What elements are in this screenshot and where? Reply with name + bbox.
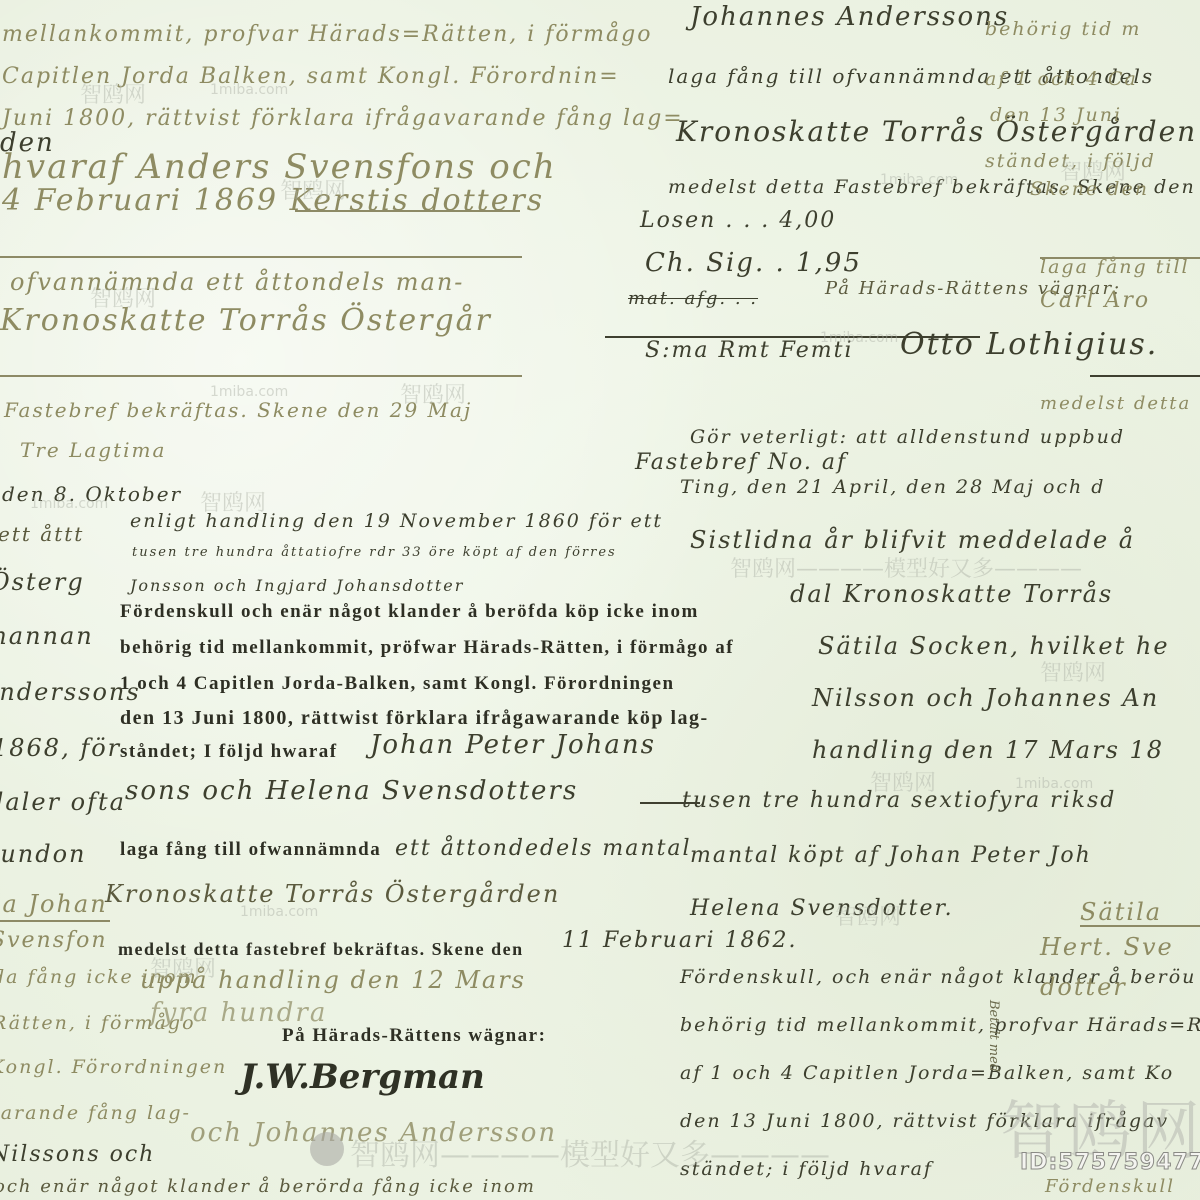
- text-line: Hert. Sve: [1040, 935, 1174, 959]
- handwritten-name: sons och Helena Svensdotters: [125, 778, 578, 804]
- text-line: Capitlen Jorda Balken, samt Kongl. Föror…: [2, 66, 620, 88]
- text-line: Johannes Anderssons: [690, 4, 1009, 30]
- divider: [0, 375, 522, 377]
- text-line: daler ofta: [0, 790, 126, 814]
- divider: [1080, 925, 1200, 927]
- text-line: Nilssons och: [0, 1144, 155, 1166]
- text-line: Helena Svensdotter.: [690, 898, 954, 920]
- text-line: Österg: [0, 570, 85, 594]
- text-line: tusen tre hundra sextiofyra riksd: [682, 790, 1116, 812]
- text-line: ständet; i följd hvaraf: [680, 1160, 933, 1179]
- text-line: 11 Februari 1862.: [562, 930, 797, 952]
- text-line: Svensfon: [0, 930, 108, 952]
- text-line: Carl Aro: [1040, 290, 1150, 312]
- text-line: Fastebref bekräftas. Skene den 29 Maj: [4, 400, 472, 420]
- text-line: af 1 och 4 Ca: [985, 70, 1138, 89]
- text-line: sundon: [0, 842, 87, 866]
- text-line: hvaraf Anders Svensfons och: [2, 150, 557, 184]
- text-line: mellankommit, profvar Härads=Rätten, i f…: [2, 24, 652, 46]
- text-line: Otto Lothigius.: [900, 330, 1158, 360]
- text-line: Sa Johan: [0, 892, 108, 916]
- text-line: Gör veterligt: att alldenstund uppbud: [690, 428, 1125, 447]
- text-line: uppå handling den 12 Mars: [140, 968, 526, 992]
- text-line: mantal köpt af Johan Peter Joh: [690, 845, 1092, 867]
- text-line: af 1 och 4 Capitlen Jorda=Balken, samt K…: [680, 1064, 1174, 1083]
- printed-line: behörig tid mellankommit, pröfwar Härads…: [120, 638, 734, 657]
- printed-line: den 13 Juni 1800, rättwist förklara ifrå…: [120, 708, 709, 728]
- text-line: ständet, i följd: [985, 152, 1156, 171]
- text-line: den 8. Oktober: [2, 484, 182, 504]
- watermark-site-name: 智鸥网: [1040, 656, 1106, 687]
- printed-line: ståndet; I följd hwaraf: [120, 742, 338, 761]
- text-line: Jonsson och Ingjard Johansdotter: [130, 578, 464, 594]
- printed-line: 1 och 4 Capitlen Jorda-Balken, samt Kong…: [120, 674, 675, 693]
- text-line: Sätila: [1080, 900, 1162, 924]
- text-line: den 13 Juni 1800, rättvist förklara ifrå…: [680, 1112, 1169, 1131]
- text-line: behörig tid m: [985, 20, 1141, 39]
- text-line: Ch. Sig. . 1,95: [645, 250, 862, 276]
- divider: [640, 802, 700, 804]
- text-line: laga fång till: [1040, 258, 1190, 277]
- signature: J.W.Bergman: [240, 1060, 485, 1094]
- text-line: medelst detta: [1040, 395, 1191, 413]
- document-collage: mellankommit, profvar Härads=Rätten, i f…: [0, 0, 1200, 1200]
- text-line: ett åttondedels mantal: [395, 838, 692, 860]
- text-line: behörig tid mellankommit, profvar Härads…: [680, 1016, 1200, 1035]
- divider: [1090, 375, 1200, 377]
- text-line: Anderssons: [0, 680, 141, 704]
- watermark-slogan: 智鸥网————模型好又多————: [730, 552, 1082, 583]
- divider: [0, 256, 522, 258]
- vertical-stamp: Betalt med: [986, 1000, 1001, 1072]
- text-line: da fång icke inom: [0, 968, 198, 987]
- text-line: tusen tre hundra åttatiofre rdr 33 öre k…: [132, 546, 617, 559]
- text-line: Kongl. Förordningen: [0, 1058, 227, 1077]
- printed-line: Fördenskull och enär något klander å ber…: [120, 602, 699, 621]
- text-line: den 13 Juni: [990, 106, 1122, 125]
- divider: [1040, 257, 1200, 259]
- text-line: Kronoskatte Torrås Östergården: [105, 882, 560, 906]
- text-line: handling den 17 Mars 18: [812, 738, 1164, 762]
- handwritten-name: Johan Peter Johans: [370, 732, 656, 758]
- text-line: Juni 1800, rättvist förklara ifrågavaran…: [2, 108, 684, 130]
- text-line: 1868, för: [0, 736, 121, 760]
- text-line: Fastebref No. af: [635, 452, 847, 474]
- text-line: Kronoskatte Torrås Östergår: [0, 306, 492, 336]
- text-line: varande fång lag-: [0, 1104, 191, 1123]
- text-line: Losen . . . 4,00: [640, 210, 836, 232]
- text-line: och enär något klander å berörda fång ic…: [0, 1178, 536, 1196]
- text-line: och Johannes Andersson: [190, 1120, 557, 1146]
- text-line: Sistlidna år blifvit meddelade å: [690, 528, 1135, 552]
- text-line: dal Kronoskatte Torrås: [790, 582, 1113, 606]
- printed-line: medelst detta fastebref bekräftas. Skene…: [118, 940, 524, 958]
- text-line: mat. afg. . .: [628, 290, 758, 308]
- text-line: enligt handling den 19 November 1860 för…: [130, 512, 663, 531]
- watermark-id-label: ID:575759477: [1020, 1150, 1200, 1175]
- watermark-logo-icon: [310, 1132, 344, 1166]
- divider: [0, 920, 110, 922]
- text-line: fyra hundra: [150, 1000, 327, 1026]
- text-line: Tre Lagtima: [20, 440, 166, 460]
- text-line: Sätila Socken, hvilket he: [818, 634, 1170, 658]
- printed-line: På Härads-Rättens wägnar:: [282, 1026, 546, 1045]
- text-line: Fördenskull: [1045, 1178, 1175, 1196]
- text-line: mannan: [0, 624, 94, 648]
- text-line: dotter: [1040, 975, 1127, 999]
- printed-line: laga fång till ofwannämnda: [120, 840, 381, 859]
- text-line: Nilsson och Johannes An: [812, 686, 1159, 710]
- text-line: Skene den: [1030, 180, 1149, 199]
- text-line: ett åttt: [0, 524, 84, 544]
- divider: [295, 210, 520, 212]
- text-line: Ting, den 21 April, den 28 Maj och d: [680, 478, 1105, 497]
- text-line: S:ma Rmt Femti: [645, 340, 854, 362]
- text-line: ofvannämnda ett åttondels man-: [10, 270, 464, 294]
